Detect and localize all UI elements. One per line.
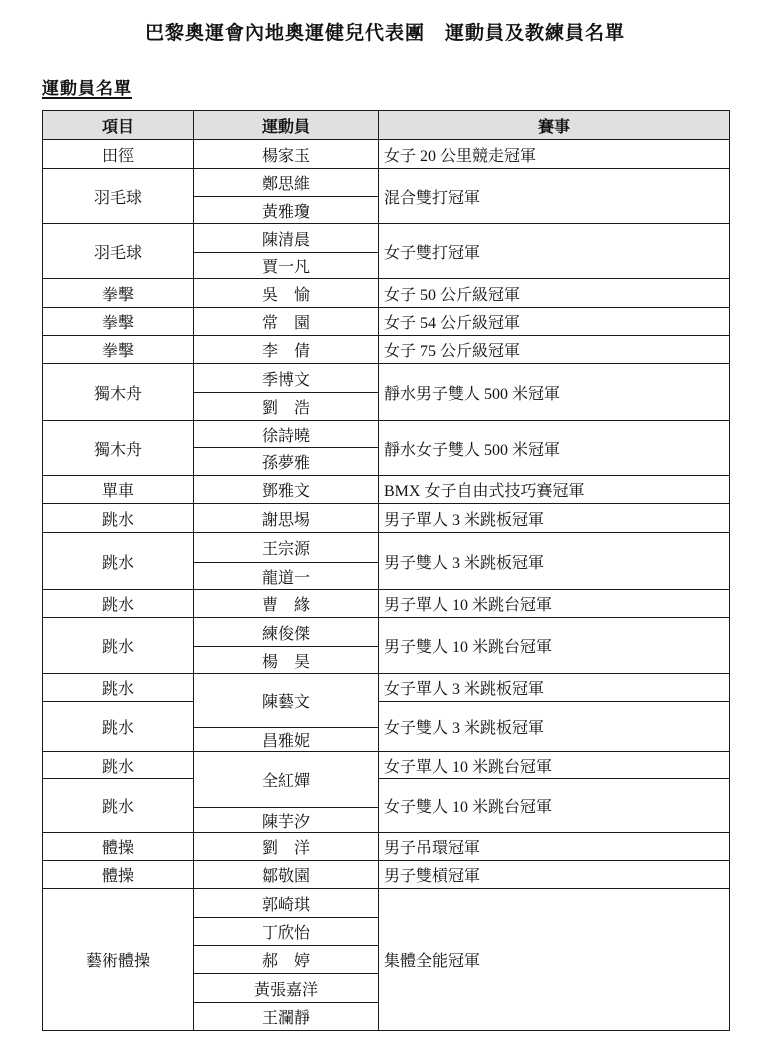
athlete-cell: 孫夢雅 [194,448,379,476]
sport-cell: 拳擊 [43,279,194,308]
athlete-cell: 丁欣怡 [194,918,379,946]
athlete-cell: 全紅嬋 [194,752,379,808]
sport-cell: 田徑 [43,140,194,169]
athlete-cell: 曹 緣 [194,590,379,618]
athlete-cell: 楊家玉 [194,140,379,169]
event-cell: 女子 20 公里競走冠軍 [379,140,730,169]
event-cell: 女子雙打冠軍 [379,224,730,279]
athlete-cell: 季博文 [194,364,379,393]
document-page: { "page": { "title": "巴黎奧運會內地奧運健兒代表團 運動員… [0,0,770,1049]
athlete-cell: 鄭思維 [194,169,379,197]
event-cell: 靜水男子雙人 500 米冠軍 [379,364,730,421]
sport-cell: 跳水 [43,752,194,779]
athlete-cell: 劉 洋 [194,833,379,861]
sport-cell: 羽毛球 [43,169,194,224]
sport-cell: 獨木舟 [43,364,194,421]
athlete-cell: 王宗源 [194,533,379,563]
sport-cell: 跳水 [43,590,194,618]
sport-cell: 體操 [43,861,194,889]
sport-cell: 獨木舟 [43,421,194,476]
sport-cell: 跳水 [43,779,194,833]
header-cell: 項目 [43,111,194,140]
sport-cell: 跳水 [43,504,194,533]
sport-cell: 跳水 [43,702,194,752]
event-cell: 男子單人 10 米跳台冠軍 [379,590,730,618]
event-cell: 男子雙槓冠軍 [379,861,730,889]
header-cell: 賽事 [379,111,730,140]
sport-cell: 跳水 [43,618,194,674]
athlete-cell: 黃張嘉洋 [194,974,379,1003]
athlete-cell: 李 倩 [194,336,379,364]
athlete-cell: 鄧雅文 [194,476,379,504]
event-cell: 集體全能冠軍 [379,889,730,1031]
page-title: 巴黎奧運會內地奧運健兒代表團 運動員及教練員名單 [0,18,770,45]
athlete-cell: 練俊傑 [194,618,379,647]
athlete-cell: 常 園 [194,308,379,336]
sport-cell: 跳水 [43,533,194,590]
athlete-cell: 謝思埸 [194,504,379,533]
event-cell: 女子單人 10 米跳台冠軍 [379,752,730,779]
sport-cell: 單車 [43,476,194,504]
athlete-cell: 徐詩曉 [194,421,379,448]
athlete-cell: 龍道一 [194,563,379,590]
event-cell: 女子 75 公斤級冠軍 [379,336,730,364]
event-cell: 靜水女子雙人 500 米冠軍 [379,421,730,476]
event-cell: 女子雙人 10 米跳台冠軍 [379,779,730,833]
athlete-cell: 郝 婷 [194,946,379,974]
athlete-cell: 陳芋汐 [194,808,379,833]
event-cell: 男子雙人 3 米跳板冠軍 [379,533,730,590]
sport-cell: 拳擊 [43,308,194,336]
athlete-cell: 鄒敬園 [194,861,379,889]
event-cell: 混合雙打冠軍 [379,169,730,224]
event-cell: 男子雙人 10 米跳台冠軍 [379,618,730,674]
event-cell: 女子雙人 3 米跳板冠軍 [379,702,730,752]
event-cell: 女子 54 公斤級冠軍 [379,308,730,336]
athlete-cell: 郭崎琪 [194,889,379,918]
sport-cell: 跳水 [43,674,194,702]
sport-cell: 羽毛球 [43,224,194,279]
event-cell: BMX 女子自由式技巧賽冠軍 [379,476,730,504]
athlete-cell: 黃雅瓊 [194,197,379,224]
event-cell: 女子 50 公斤級冠軍 [379,279,730,308]
athlete-cell: 王瀾靜 [194,1003,379,1031]
athlete-cell: 昌雅妮 [194,728,379,752]
athlete-table: 項目運動員賽事田徑羽毛球羽毛球拳擊拳擊拳擊獨木舟獨木舟單車跳水跳水跳水跳水跳水跳… [42,110,730,1031]
event-cell: 男子吊環冠軍 [379,833,730,861]
athlete-cell: 楊 昊 [194,647,379,674]
athlete-cell: 陳藝文 [194,674,379,728]
event-cell: 女子單人 3 米跳板冠軍 [379,674,730,702]
header-cell: 運動員 [194,111,379,140]
athlete-cell: 吳 愉 [194,279,379,308]
section-heading: 運動員名單 [42,74,132,99]
athlete-cell: 陳清晨 [194,224,379,253]
sport-cell: 體操 [43,833,194,861]
athlete-cell: 劉 浩 [194,393,379,421]
sport-cell: 藝術體操 [43,889,194,1031]
sport-cell: 拳擊 [43,336,194,364]
athlete-cell: 賈一凡 [194,253,379,279]
event-cell: 男子單人 3 米跳板冠軍 [379,504,730,533]
